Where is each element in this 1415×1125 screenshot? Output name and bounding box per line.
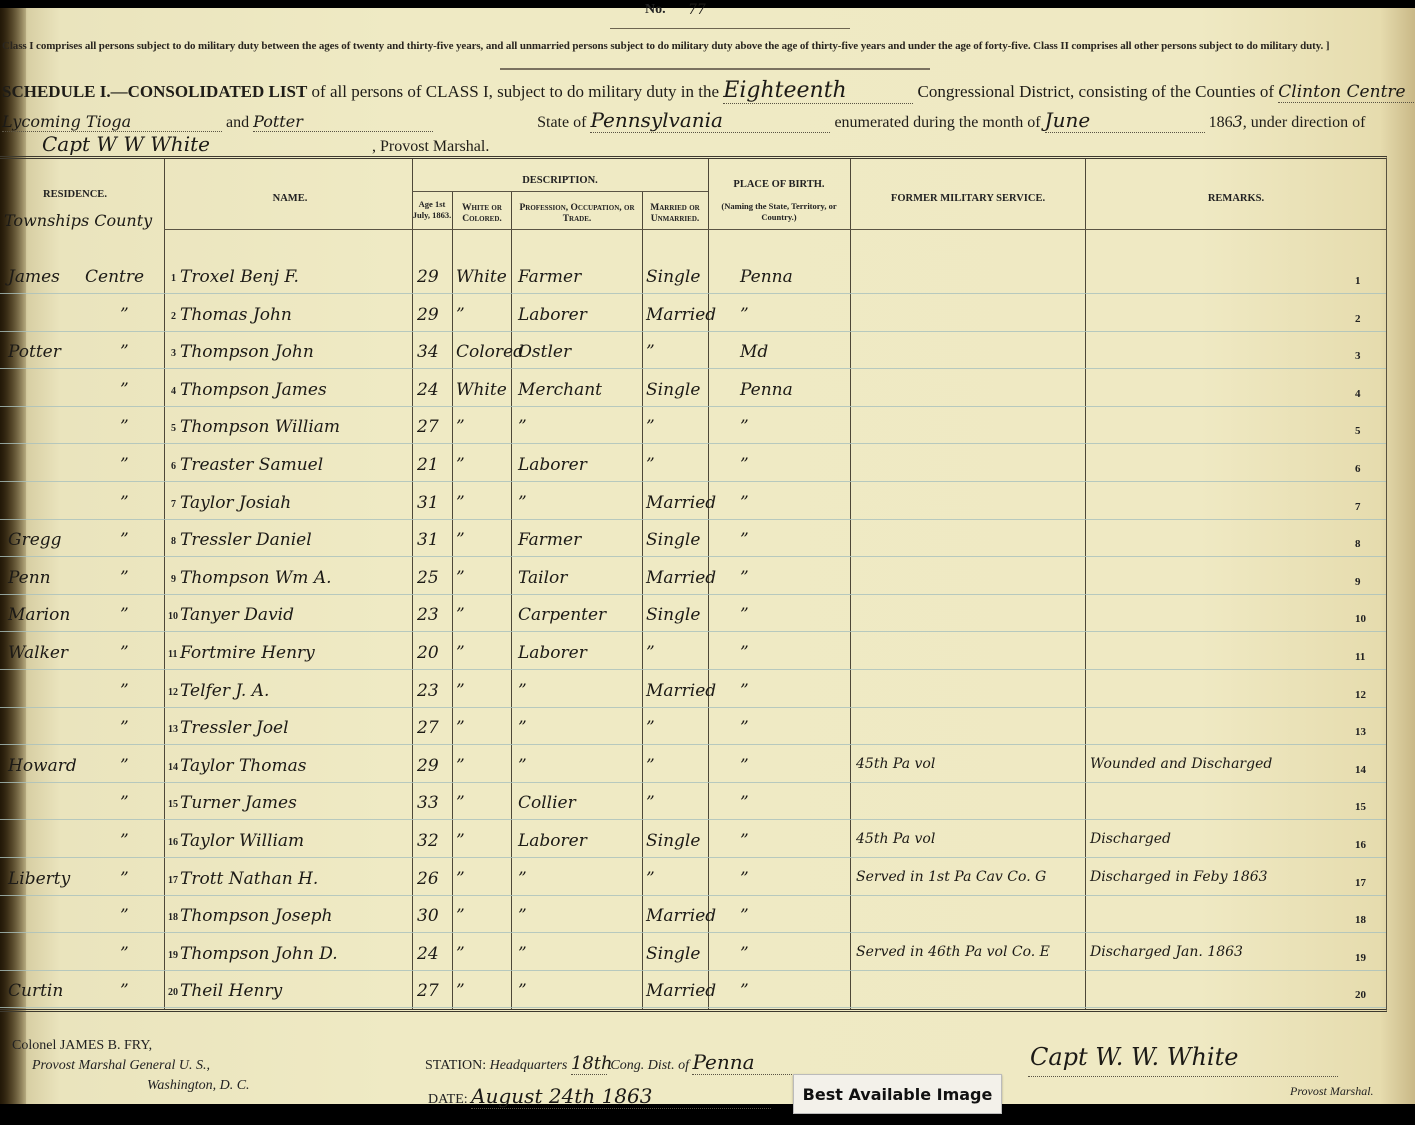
age: 23 <box>417 681 439 701</box>
divider <box>500 68 930 70</box>
ruled-line <box>0 368 1386 369</box>
age: 32 <box>417 831 439 851</box>
table-row: 4”Thompson James24WhiteMerchantSinglePen… <box>0 372 1386 409</box>
person-name: Tressler Joel <box>180 718 289 738</box>
row-number: 7 <box>171 499 176 510</box>
station-line: STATION: Headquarters 18th Cong. Dist. o… <box>425 1050 822 1075</box>
age: 29 <box>417 305 439 325</box>
place-of-birth: Penna <box>740 380 793 400</box>
table-row: 20Curtin”Theil Henry27””Married”20 <box>0 973 1386 1010</box>
table-row: 12”Telfer J. A.23””Married”12 <box>0 673 1386 710</box>
person-name: Taylor Josiah <box>180 493 291 513</box>
row-number-right: 3 <box>1355 350 1361 362</box>
birth-subheader: (Naming the State, Territory, or Country… <box>712 201 846 223</box>
row-number: 17 <box>168 875 178 886</box>
race: ” <box>456 869 465 889</box>
signature-title: Provost Marshal. <box>1290 1084 1374 1099</box>
ruled-line <box>0 331 1386 332</box>
row-number: 18 <box>168 912 178 923</box>
document-page: No. 77 Class I comprises all persons sub… <box>0 8 1415 1104</box>
place-of-birth: ” <box>740 756 749 776</box>
counties-field-3: Potter <box>253 112 433 132</box>
ruled-line <box>0 631 1386 632</box>
residence-township: James <box>8 267 60 287</box>
residence-county: ” <box>120 981 129 1001</box>
race: White <box>456 380 507 400</box>
row-number: 14 <box>168 762 178 773</box>
divider <box>610 28 850 29</box>
residence-county: ” <box>120 643 129 663</box>
residence-township: Penn <box>8 568 51 588</box>
row-number: 2 <box>171 311 176 322</box>
marital-status: ” <box>646 455 655 475</box>
race: ” <box>456 643 465 663</box>
race: ” <box>456 493 465 513</box>
row-number: 4 <box>171 386 176 397</box>
year-prefix: 186 <box>1209 114 1233 131</box>
place-of-birth: Penna <box>740 267 793 287</box>
table-row: 19”Thompson John D.24””Single”Served in … <box>0 936 1386 973</box>
table-row: 13”Tressler Joel27””””13 <box>0 710 1386 747</box>
marital-status: Married <box>646 906 716 926</box>
residence-township: Walker <box>8 643 68 663</box>
profession: Farmer <box>518 530 581 550</box>
schedule-heading: SCHEDULE I.—CONSOLIDATED LIST of all per… <box>2 78 1415 104</box>
row-number: 15 <box>168 799 178 810</box>
remarks: Wounded and Discharged <box>1090 756 1272 772</box>
table-row: 3Potter”Thompson John34ColoredOstler”Md3 <box>0 334 1386 371</box>
person-name: Thompson Wm A. <box>180 568 332 588</box>
schedule-text: of all persons of CLASS I, subject to do… <box>312 82 720 101</box>
race: Colored <box>456 342 524 362</box>
race: ” <box>456 455 465 475</box>
station-text: Cong. Dist. of <box>610 1058 689 1073</box>
person-name: Tressler Daniel <box>180 530 312 550</box>
table-row: 14Howard”Taylor Thomas29””””45th Pa volW… <box>0 748 1386 785</box>
ruled-line <box>0 293 1386 294</box>
row-number-right: 11 <box>1355 651 1365 663</box>
table-row: 15”Turner James33”Collier””15 <box>0 785 1386 822</box>
table-row: 11Walker”Fortmire Henry20”Laborer””11 <box>0 635 1386 672</box>
residence-county: ” <box>120 493 129 513</box>
row-number: 20 <box>168 987 178 998</box>
signature: Capt W. W. White <box>1030 1043 1238 1071</box>
place-of-birth: ” <box>740 718 749 738</box>
marital-status: Single <box>646 605 700 625</box>
district-field: Eighteenth <box>723 78 913 104</box>
service-header: FORMER MILITARY SERVICE. <box>852 193 1084 204</box>
marital-status: ” <box>646 869 655 889</box>
direction-label: , under direction of <box>1243 114 1366 131</box>
ruled-line <box>0 970 1386 971</box>
remarks: Discharged in Feby 1863 <box>1090 869 1268 885</box>
age: 25 <box>417 568 439 588</box>
row-number-right: 6 <box>1355 463 1361 475</box>
marital-status: Married <box>646 493 716 513</box>
marital-status: ” <box>646 793 655 813</box>
addressee-location: Washington, D. C. <box>147 1078 250 1094</box>
age: 31 <box>417 530 439 550</box>
residence-county: Centre <box>85 267 144 287</box>
age: 27 <box>417 981 439 1001</box>
profession: ” <box>518 718 527 738</box>
year-digit: 3 <box>1233 112 1243 131</box>
marital-header: Married or Unmarried. <box>644 203 706 225</box>
race: ” <box>456 981 465 1001</box>
row-number: 10 <box>168 611 178 622</box>
best-available-image-stamp: Best Available Image <box>793 1074 1002 1114</box>
row-number-right: 9 <box>1355 576 1361 588</box>
age: 21 <box>417 455 439 475</box>
ruled-line <box>0 857 1386 858</box>
ruled-line <box>0 669 1386 670</box>
marital-status: ” <box>646 643 655 663</box>
state-field: Pennsylvania <box>590 108 830 133</box>
residence-county: ” <box>120 944 129 964</box>
ruled-line <box>0 744 1386 745</box>
race: ” <box>456 831 465 851</box>
schedule-line-2: Lycoming Tioga and Potter State of Penns… <box>2 108 1365 133</box>
person-name: Telfer J. A. <box>180 681 269 701</box>
place-of-birth: ” <box>740 568 749 588</box>
residence-county: ” <box>120 530 129 550</box>
age: 20 <box>417 643 439 663</box>
table-row: 6”Treaster Samuel21”Laborer””6 <box>0 447 1386 484</box>
place-of-birth: ” <box>740 417 749 437</box>
age: 29 <box>417 756 439 776</box>
remarks-header: REMARKS. <box>1086 193 1386 204</box>
profession: ” <box>518 944 527 964</box>
place-of-birth: ” <box>740 981 749 1001</box>
ruled-line <box>0 707 1386 708</box>
age: 29 <box>417 267 439 287</box>
race: ” <box>456 417 465 437</box>
date-value: August 24th 1863 <box>471 1084 771 1109</box>
person-name: Troxel Benj F. <box>180 267 299 287</box>
row-number-right: 12 <box>1355 689 1366 701</box>
row-number-right: 2 <box>1355 313 1361 325</box>
table-row: 18”Thompson Joseph30””Married”18 <box>0 898 1386 935</box>
schedule-title: SCHEDULE I.—CONSOLIDATED LIST <box>2 82 307 101</box>
residence-county: ” <box>120 380 129 400</box>
person-name: Thompson James <box>180 380 327 400</box>
race: ” <box>456 944 465 964</box>
marital-status: Single <box>646 831 700 851</box>
profession: ” <box>518 417 527 437</box>
counties-field-1: Clinton Centre <box>1278 82 1415 103</box>
table-row: 7”Taylor Josiah31””Married”7 <box>0 485 1386 522</box>
marital-status: Married <box>646 568 716 588</box>
marital-status: Single <box>646 267 700 287</box>
row-number-right: 16 <box>1355 839 1366 851</box>
ruled-line <box>0 932 1386 933</box>
ruled-line <box>0 819 1386 820</box>
row-number: 16 <box>168 837 178 848</box>
marital-status: Single <box>646 530 700 550</box>
person-name: Turner James <box>180 793 297 813</box>
row-number-right: 20 <box>1355 989 1366 1001</box>
ruled-line <box>0 556 1386 557</box>
row-number-right: 8 <box>1355 538 1361 550</box>
place-of-birth: ” <box>740 793 749 813</box>
profession: Farmer <box>518 267 581 287</box>
profession-header: Profession, Occupation, or Trade. <box>514 203 640 225</box>
row-number: 19 <box>168 950 178 961</box>
age: 33 <box>417 793 439 813</box>
table-row: 2”Thomas John29”LaborerMarried”2 <box>0 297 1386 334</box>
addressee-name: Colonel JAMES B. FRY, <box>12 1038 250 1054</box>
ruled-line <box>0 443 1386 444</box>
person-name: Trott Nathan H. <box>180 869 318 889</box>
age-header: Age 1st July, 1863. <box>412 199 452 221</box>
table-row: 8Gregg”Tressler Daniel31”FarmerSingle”8 <box>0 522 1386 559</box>
ruled-line <box>0 519 1386 520</box>
person-name: Treaster Samuel <box>180 455 323 475</box>
row-number: 6 <box>171 461 176 472</box>
profession: Collier <box>518 793 576 813</box>
profession: Laborer <box>518 455 587 475</box>
header-divider <box>164 229 1386 230</box>
residence-county: ” <box>120 681 129 701</box>
ruled-line <box>0 895 1386 896</box>
table-row: 5”Thompson William27””””5 <box>0 409 1386 446</box>
residence-county: ” <box>120 605 129 625</box>
age: 24 <box>417 944 439 964</box>
place-of-birth: ” <box>740 305 749 325</box>
age: 31 <box>417 493 439 513</box>
remarks: Discharged Jan. 1863 <box>1090 944 1243 960</box>
age: 27 <box>417 417 439 437</box>
marital-status: Married <box>646 305 716 325</box>
residence-township: Marion <box>8 605 70 625</box>
marital-status: ” <box>646 718 655 738</box>
residence-county: ” <box>120 305 129 325</box>
remarks: Discharged <box>1090 831 1171 847</box>
residence-township: Gregg <box>8 530 62 550</box>
provost-marshal-field: Capt W W White <box>2 132 372 157</box>
person-name: Fortmire Henry <box>180 643 315 663</box>
row-number-right: 14 <box>1355 764 1366 776</box>
age: 27 <box>417 718 439 738</box>
station-state: Penna <box>692 1050 822 1075</box>
race: ” <box>456 605 465 625</box>
place-of-birth: ” <box>740 906 749 926</box>
profession: Laborer <box>518 643 587 663</box>
place-of-birth: ” <box>740 869 749 889</box>
profession: ” <box>518 981 527 1001</box>
marshal-suffix: , Provost Marshal. <box>372 138 489 155</box>
birth-header: PLACE OF BIRTH. <box>710 179 848 190</box>
row-number: 9 <box>171 574 176 585</box>
marital-status: Single <box>646 380 700 400</box>
place-of-birth: ” <box>740 530 749 550</box>
former-military-service: 45th Pa vol <box>856 756 935 772</box>
row-number: 1 <box>171 273 176 284</box>
ruled-line <box>0 406 1386 407</box>
document-number-label: No. <box>645 2 666 18</box>
row-number: 11 <box>168 649 177 660</box>
counties-field-2: Lycoming Tioga <box>2 112 222 132</box>
place-of-birth: ” <box>740 455 749 475</box>
enrollment-table: RESIDENCE. Townships County NAME. DESCRI… <box>0 156 1387 1012</box>
person-name: Thompson John <box>180 342 314 362</box>
place-of-birth: ” <box>740 681 749 701</box>
ruled-line <box>0 1007 1386 1008</box>
race: ” <box>456 718 465 738</box>
state-label: State of <box>537 114 586 131</box>
row-number-right: 10 <box>1355 613 1366 625</box>
table-row: 10Marion”Tanyer David23”CarpenterSingle”… <box>0 597 1386 634</box>
former-military-service: Served in 1st Pa Cav Co. G <box>856 869 1046 885</box>
row-number: 12 <box>168 687 178 698</box>
residence-county: ” <box>120 718 129 738</box>
race: ” <box>456 681 465 701</box>
age: 23 <box>417 605 439 625</box>
row-number-right: 1 <box>1355 275 1361 287</box>
profession: ” <box>518 756 527 776</box>
marital-status: ” <box>646 342 655 362</box>
place-of-birth: ” <box>740 944 749 964</box>
table-row: 9Penn”Thompson Wm A.25”TailorMarried”9 <box>0 560 1386 597</box>
residence-subheader: Townships County <box>4 211 152 230</box>
district-number: 18th <box>571 1053 607 1075</box>
residence-county: ” <box>120 417 129 437</box>
profession: ” <box>518 906 527 926</box>
age: 30 <box>417 906 439 926</box>
residence-county: ” <box>120 793 129 813</box>
row-number-right: 15 <box>1355 801 1366 813</box>
row-number: 13 <box>168 724 178 735</box>
row-number: 5 <box>171 423 176 434</box>
person-name: Thomas John <box>180 305 292 325</box>
person-name: Tanyer David <box>180 605 294 625</box>
class-definition-note: Class I comprises all persons subject to… <box>2 40 1329 52</box>
station-label: STATION: <box>425 1058 486 1073</box>
row-number-right: 5 <box>1355 425 1361 437</box>
person-name: Thompson John D. <box>180 944 338 964</box>
addressee-title: Provost Marshal General U. S., <box>32 1058 250 1074</box>
row-number-right: 17 <box>1355 877 1366 889</box>
place-of-birth: ” <box>740 493 749 513</box>
profession: Laborer <box>518 831 587 851</box>
table-row: 17Liberty”Trott Nathan H.26””””Served in… <box>0 861 1386 898</box>
header-divider <box>412 191 708 192</box>
document-number: 77 <box>688 2 706 18</box>
row-number-right: 18 <box>1355 914 1366 926</box>
person-name: Thompson Joseph <box>180 906 333 926</box>
profession: Merchant <box>518 380 602 400</box>
residence-county: ” <box>120 756 129 776</box>
station-text: Headquarters <box>490 1058 568 1073</box>
row-number-right: 7 <box>1355 501 1361 513</box>
table-row: 16”Taylor William32”LaborerSingle”45th P… <box>0 823 1386 860</box>
former-military-service: 45th Pa vol <box>856 831 935 847</box>
place-of-birth: ” <box>740 831 749 851</box>
addressee: Colonel JAMES B. FRY, Provost Marshal Ge… <box>12 1038 250 1094</box>
ruled-line <box>0 594 1386 595</box>
place-of-birth: Md <box>740 342 768 362</box>
row-number-right: 19 <box>1355 952 1366 964</box>
date-line: DATE: August 24th 1863 <box>428 1084 771 1109</box>
age: 24 <box>417 380 439 400</box>
residence-township: Liberty <box>8 869 70 889</box>
and-label: and <box>226 114 249 131</box>
race: ” <box>456 568 465 588</box>
age: 26 <box>417 869 439 889</box>
residence-county: ” <box>120 906 129 926</box>
enumerated-label: enumerated during the month of <box>834 114 1040 131</box>
place-of-birth: ” <box>740 605 749 625</box>
residence-township: Howard <box>8 756 77 776</box>
person-name: Theil Henry <box>180 981 282 1001</box>
person-name: Thompson William <box>180 417 340 437</box>
description-header: DESCRIPTION. <box>412 175 708 186</box>
profession: ” <box>518 869 527 889</box>
signature-line <box>1028 1076 1338 1077</box>
marital-status: ” <box>646 417 655 437</box>
marital-status: ” <box>646 756 655 776</box>
person-name: Taylor Thomas <box>180 756 306 776</box>
residence-township: Curtin <box>8 981 63 1001</box>
row-number: 8 <box>171 536 176 547</box>
residence-county: ” <box>120 568 129 588</box>
marital-status: Married <box>646 981 716 1001</box>
row-number: 3 <box>171 348 176 359</box>
profession: ” <box>518 493 527 513</box>
date-label: DATE: <box>428 1092 468 1107</box>
profession: ” <box>518 681 527 701</box>
residence-county: ” <box>120 869 129 889</box>
residence-header: RESIDENCE. <box>20 189 130 200</box>
race: ” <box>456 305 465 325</box>
residence-county: ” <box>120 455 129 475</box>
month-field: June <box>1045 108 1205 133</box>
row-number-right: 4 <box>1355 388 1361 400</box>
residence-county: ” <box>120 831 129 851</box>
schedule-line-3: Capt W W White, Provost Marshal. <box>2 132 489 157</box>
residence-county: ” <box>120 342 129 362</box>
row-number-right: 13 <box>1355 726 1366 738</box>
race: ” <box>456 756 465 776</box>
race: ” <box>456 906 465 926</box>
table-row: 1JamesCentreTroxel Benj F.29WhiteFarmerS… <box>0 259 1386 296</box>
profession: Laborer <box>518 305 587 325</box>
profession: Ostler <box>518 342 571 362</box>
race-header: White or Colored. <box>455 203 509 225</box>
marital-status: Single <box>646 944 700 964</box>
former-military-service: Served in 46th Pa vol Co. E <box>856 944 1050 960</box>
race: White <box>456 267 507 287</box>
place-of-birth: ” <box>740 643 749 663</box>
schedule-text: Congressional District, consisting of th… <box>918 82 1275 101</box>
ruled-line <box>0 782 1386 783</box>
profession: Tailor <box>518 568 567 588</box>
race: ” <box>456 793 465 813</box>
age: 34 <box>417 342 439 362</box>
person-name: Taylor William <box>180 831 304 851</box>
race: ” <box>456 530 465 550</box>
marital-status: Married <box>646 681 716 701</box>
ruled-line <box>0 481 1386 482</box>
residence-township: Potter <box>8 342 61 362</box>
name-header: NAME. <box>240 193 340 204</box>
profession: Carpenter <box>518 605 606 625</box>
